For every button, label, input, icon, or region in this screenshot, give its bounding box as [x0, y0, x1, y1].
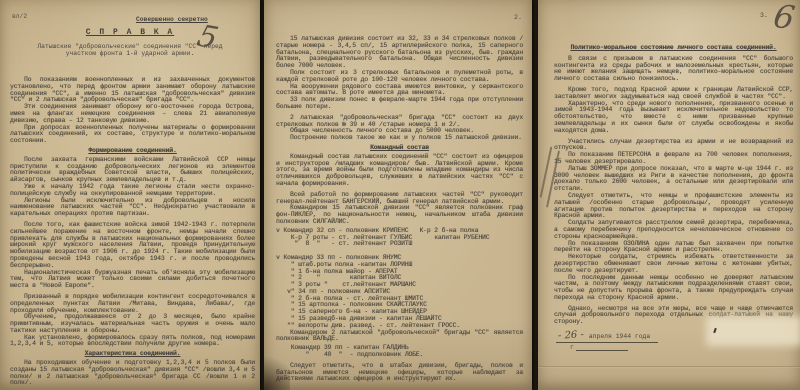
- command-list: v Командир 32 сп - полковник КРИПЕНС К-р…: [276, 228, 523, 330]
- paragraph: Следует отметить, что в штабах дивизии, …: [276, 363, 523, 383]
- document-scan: вл/2 Совершенно секретно 5 С П Р А В К А…: [0, 0, 800, 390]
- handwritten-date-day: - 26 -: [558, 329, 584, 341]
- page-number: 2.: [514, 14, 522, 21]
- paragraph: Солдаты запугиваются расстрелом семей де…: [554, 220, 793, 240]
- paragraph: 15 латышская дивизия состоит из 32, 33 и…: [276, 36, 523, 70]
- paragraph: Эти соединения занимают оборону юго-вост…: [10, 104, 255, 124]
- paragraph: Командный состав латышских соединений "С…: [276, 154, 523, 188]
- command-list: Командир 39 пп - капитан ГАЛДИНЬ " 40 " …: [276, 345, 523, 359]
- paragraph: Полк состоит из 3 стрелковых батальонов …: [276, 70, 523, 84]
- paragraph: Командиром 15 латышской дивизии "СС" явл…: [276, 205, 523, 225]
- date-line: - 26 - апреля 1944 года: [556, 330, 658, 343]
- paragraph: Призванный в порядке мобилизации континг…: [10, 294, 255, 314]
- paragraph: Уже к началу 1942 года такие легионы ста…: [10, 184, 255, 198]
- handwritten-numeral-6: 6: [771, 0, 798, 37]
- page-2: 2. 15 латышская дивизия состоит из 32, 3…: [264, 0, 532, 390]
- date-second-label: г: [570, 344, 574, 351]
- paragraph: После того, как фашистские войска зимой …: [10, 222, 255, 270]
- page-2-text: 15 латышская дивизия состоит из 32, 33 и…: [276, 36, 523, 383]
- paragraph: Легионы были исключительно из добровольц…: [10, 198, 255, 218]
- page-3-text: Политико-моральное состояние личного сос…: [554, 42, 793, 326]
- paragraph: По показанию ПЕТЕРСОНА в феврале из 700 …: [554, 152, 793, 166]
- corner-mark: вл/2: [12, 13, 27, 20]
- paragraph: Обучение, продолжавшееся от 2 до 3 месяц…: [10, 314, 255, 334]
- section-heading: Политико-моральное состояние личного сос…: [554, 45, 793, 52]
- document-subtitle: Латышские "добровольческие" соединения "…: [26, 43, 234, 57]
- page-1: вл/2 Совершенно секретно 5 С П Р А В К А…: [0, 0, 260, 390]
- paragraph: Командиром 2 латышской "добровольческой"…: [276, 330, 523, 344]
- paragraph: Как установлено, формировалось сразу пят…: [10, 335, 255, 349]
- paragraph: По последним данным немцы особенно не до…: [554, 275, 793, 302]
- date-second-line: г: [570, 344, 628, 351]
- page-number: 3.: [760, 12, 768, 19]
- paragraph: По показаниям военнопленных и из захваче…: [10, 77, 255, 104]
- section-heading: Формирование соединений.: [10, 148, 255, 155]
- paragraph: Националистическая буржуазная печать об'…: [10, 270, 255, 290]
- paragraph: Характерно, что среди нового пополнения,…: [554, 101, 793, 135]
- paragraph: Латыш ЗОММЕР при допросе показал, что в …: [554, 166, 793, 193]
- paper-crease-line: [538, 366, 800, 368]
- paragraph: После захвата германскими войсками Латви…: [10, 157, 255, 184]
- paragraph: Кроме того, подход Красной армии к грани…: [554, 87, 793, 101]
- section-heading: Характеристика соединений.: [10, 351, 255, 358]
- paragraph: Следует отметить, что немцы и профашистс…: [554, 193, 793, 220]
- paragraph: Некоторые солдаты, стремясь избежать отв…: [554, 254, 793, 274]
- page-3: 3. 6 Политико-моральное состояние личног…: [538, 0, 800, 390]
- paragraph: При допросах военнопленных получены мате…: [10, 125, 255, 145]
- paragraph: На проходивших обучение и подготовку 1,2…: [10, 360, 255, 387]
- document-title: С П Р А В К А: [0, 28, 260, 37]
- light-patch: [706, 316, 800, 346]
- section-heading: Командный состав: [276, 145, 523, 152]
- classification-stamp: Совершенно секретно: [136, 16, 208, 23]
- corner-shadow: [264, 350, 290, 390]
- page-1-text: По показаниям военнопленных и из захваче…: [10, 77, 255, 387]
- date-text: апреля 1944 года: [589, 333, 650, 340]
- blank-underline: [576, 350, 628, 351]
- paragraph: В связи с призывом в латышские соединени…: [554, 56, 793, 83]
- paragraph: 33 полк дивизии понес в феврале-марте 19…: [276, 97, 523, 111]
- paragraph: Построение полков такое же как и у полко…: [276, 135, 523, 142]
